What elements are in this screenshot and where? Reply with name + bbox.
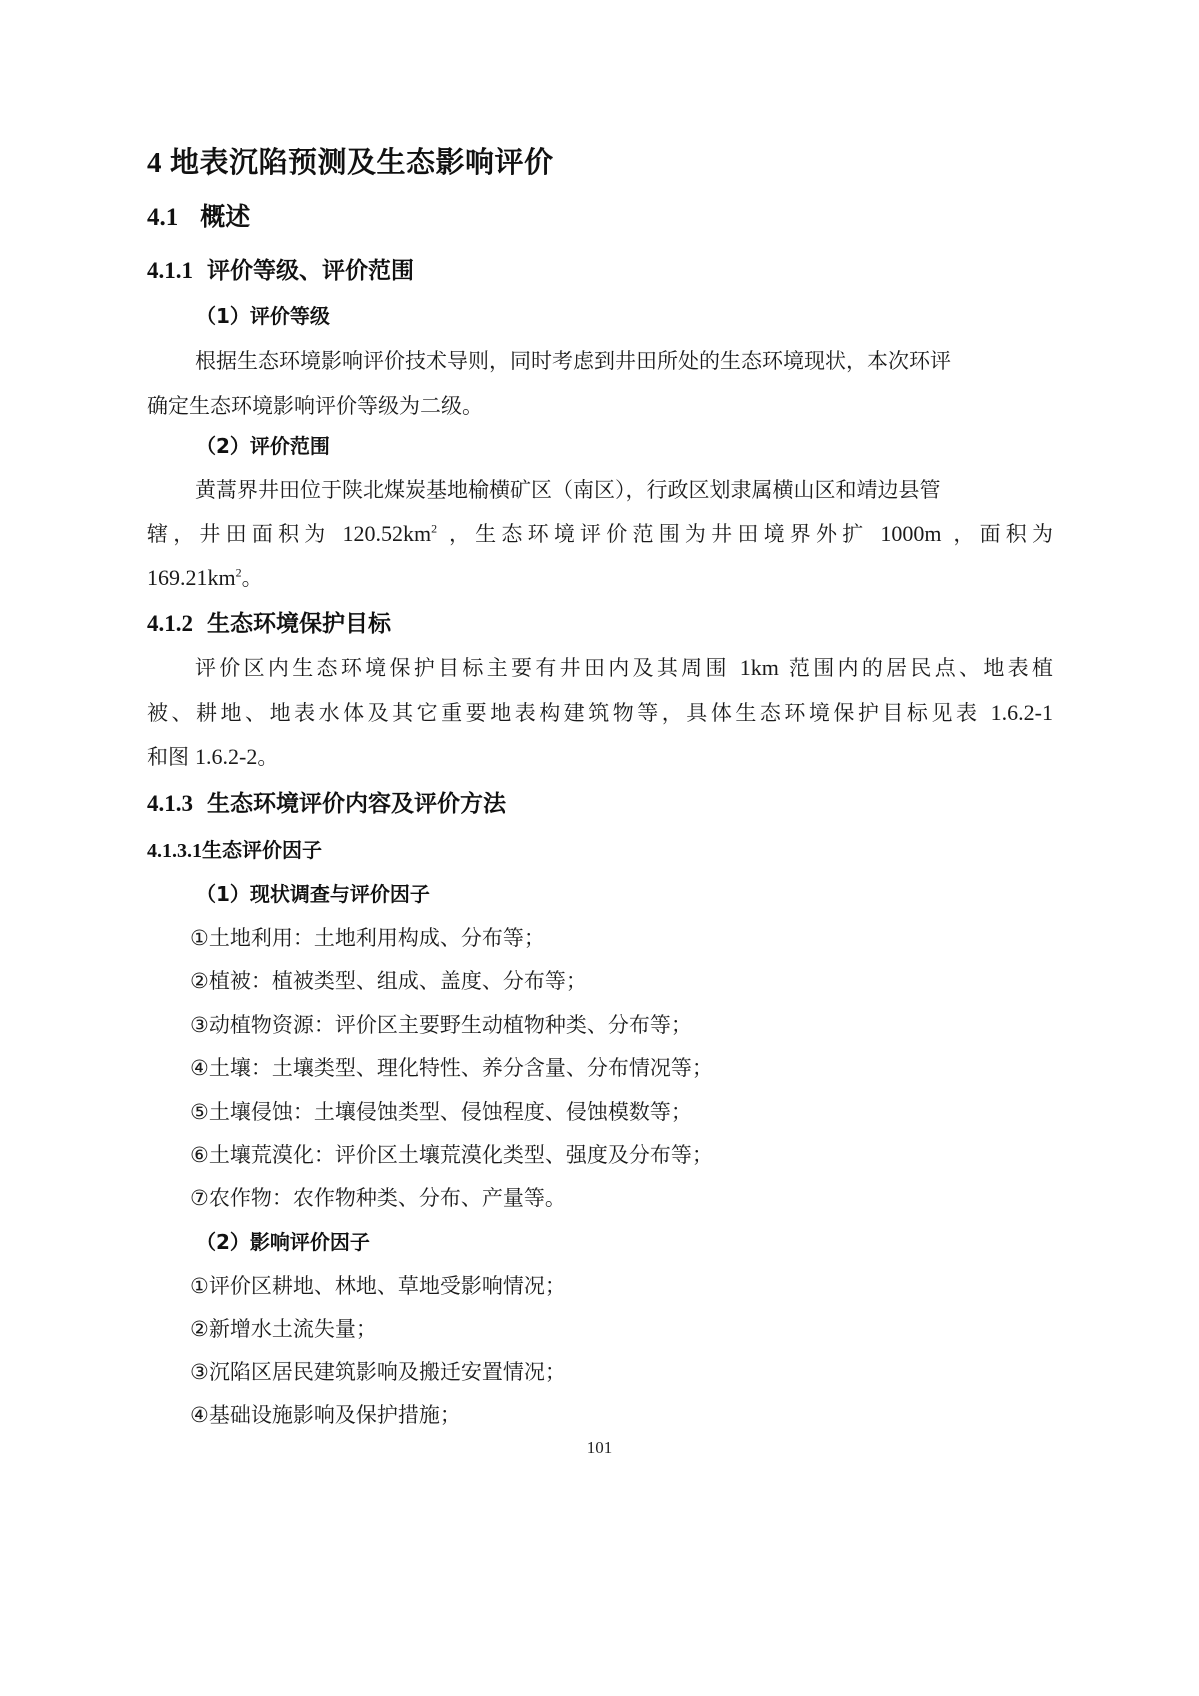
document-page: 4地表沉陷预测及生态影响评价 4.1概述 4.1.1评价等级、评价范围 （1）评… (0, 0, 1199, 1696)
paragraph-line: 根据生态环境影响评价技术导则，同时考虑到井田所处的生态环境现状，本次环评 (195, 345, 951, 375)
list-item: ②新增水土流失量； (190, 1313, 377, 1343)
text-segment: 。 (257, 745, 278, 769)
chapter-number: 4 (147, 147, 162, 179)
subsection-title: 生态评价因子 (202, 838, 322, 862)
list-item: ③沉陷区居民建筑影响及搬迁安置情况； (190, 1356, 566, 1386)
subheading-evaluation-scope: （2）评价范围 (196, 430, 330, 459)
list-item: ④土壤：土壤类型、理化特性、养分含量、分布情况等； (190, 1052, 713, 1082)
paragraph-line: 辖，井田面积为 120.52km2 ，生态环境评价范围为井田境界外扩 1000m… (147, 518, 1053, 548)
superscript: 2 (431, 522, 437, 536)
chapter-title: 地表沉陷预测及生态影响评价 (170, 145, 554, 179)
list-item: ②植被：植被类型、组成、盖度、分布等； (190, 965, 587, 995)
section-number: 4.1.1 (147, 258, 193, 283)
evaluation-area-value: 169.21km2 (147, 565, 242, 590)
list-item: ⑦农作物：农作物种类、分布、产量等。 (190, 1182, 566, 1212)
section-number: 4.1.2 (147, 611, 193, 636)
mine-area-value: 120.52km2 (342, 521, 437, 546)
text-segment: 被、耕地、地表水体及其它重要地表构建筑物等，具体生态环境保护目标见表 (147, 701, 980, 725)
list-item: ④基础设施影响及保护措施； (190, 1399, 461, 1429)
text-segment: 范围内的居民点、地表植 (789, 656, 1053, 680)
extension-distance: 1000m (880, 521, 941, 546)
section-title: 评价等级、评价范围 (207, 258, 414, 284)
page-number: 101 (0, 1438, 1199, 1458)
subheading-impact-factors: （2）影响评价因子 (196, 1226, 370, 1255)
paragraph-line: 确定生态环境影响评价等级为二级。 (147, 390, 483, 420)
text-segment: 和图 (147, 745, 189, 769)
section-heading-4-1-3: 4.1.3生态环境评价内容及评价方法 (147, 785, 506, 818)
paragraph-line: 和图1.6.2-2。 (147, 741, 278, 771)
section-heading-4-1-2: 4.1.2生态环境保护目标 (147, 605, 391, 638)
subsection-number: 4.1.3.1 (147, 840, 202, 862)
paragraph-line: 黄蒿界井田位于陕北煤炭基地榆横矿区（南区），行政区划隶属横山区和靖边县管 (195, 474, 941, 504)
paragraph-line: 169.21km2。 (147, 562, 263, 592)
section-title: 概述 (200, 202, 250, 231)
list-item: ①评价区耕地、林地、草地受影响情况； (190, 1270, 566, 1300)
section-heading-4-1: 4.1概述 (147, 197, 250, 233)
text-segment: 辖，井田面积为 (147, 522, 331, 546)
chapter-heading: 4地表沉陷预测及生态影响评价 (147, 140, 554, 181)
text-segment: ，面积为 (953, 522, 1053, 546)
figure-reference: 1.6.2-2 (195, 744, 257, 769)
list-item: ③动植物资源：评价区主要野生动植物种类、分布等； (190, 1009, 692, 1039)
section-number: 4.1.3 (147, 791, 193, 816)
distance-value: 1km (740, 655, 779, 680)
paragraph-line: 被、耕地、地表水体及其它重要地表构建筑物等，具体生态环境保护目标见表 1.6.2… (147, 697, 1053, 727)
area-number: 169.21km (147, 565, 236, 590)
subheading-evaluation-grade: （1）评价等级 (196, 300, 330, 329)
section-heading-4-1-1: 4.1.1评价等级、评价范围 (147, 252, 414, 285)
text-segment: ，生态环境评价范围为井田境界外扩 (449, 522, 868, 546)
paragraph-line: 评价区内生态环境保护目标主要有井田内及其周围 1km 范围内的居民点、地表植 (195, 652, 1053, 682)
subheading-current-factors: （1）现状调查与评价因子 (196, 878, 430, 907)
text-segment: 。 (242, 566, 263, 590)
list-item: ⑤土壤侵蚀：土壤侵蚀类型、侵蚀程度、侵蚀模数等； (190, 1096, 692, 1126)
list-item: ⑥土壤荒漠化：评价区土壤荒漠化类型、强度及分布等； (190, 1139, 713, 1169)
section-number: 4.1 (147, 204, 178, 231)
list-item: ①土地利用：土地利用构成、分布等； (190, 922, 545, 952)
area-number: 120.52km (342, 521, 431, 546)
subsection-heading-4-1-3-1: 4.1.3.1生态评价因子 (147, 834, 322, 863)
section-title: 生态环境评价内容及评价方法 (207, 791, 506, 817)
text-segment: 评价区内生态环境保护目标主要有井田内及其周围 (195, 656, 730, 680)
table-reference: 1.6.2-1 (991, 700, 1053, 725)
section-title: 生态环境保护目标 (207, 611, 391, 637)
